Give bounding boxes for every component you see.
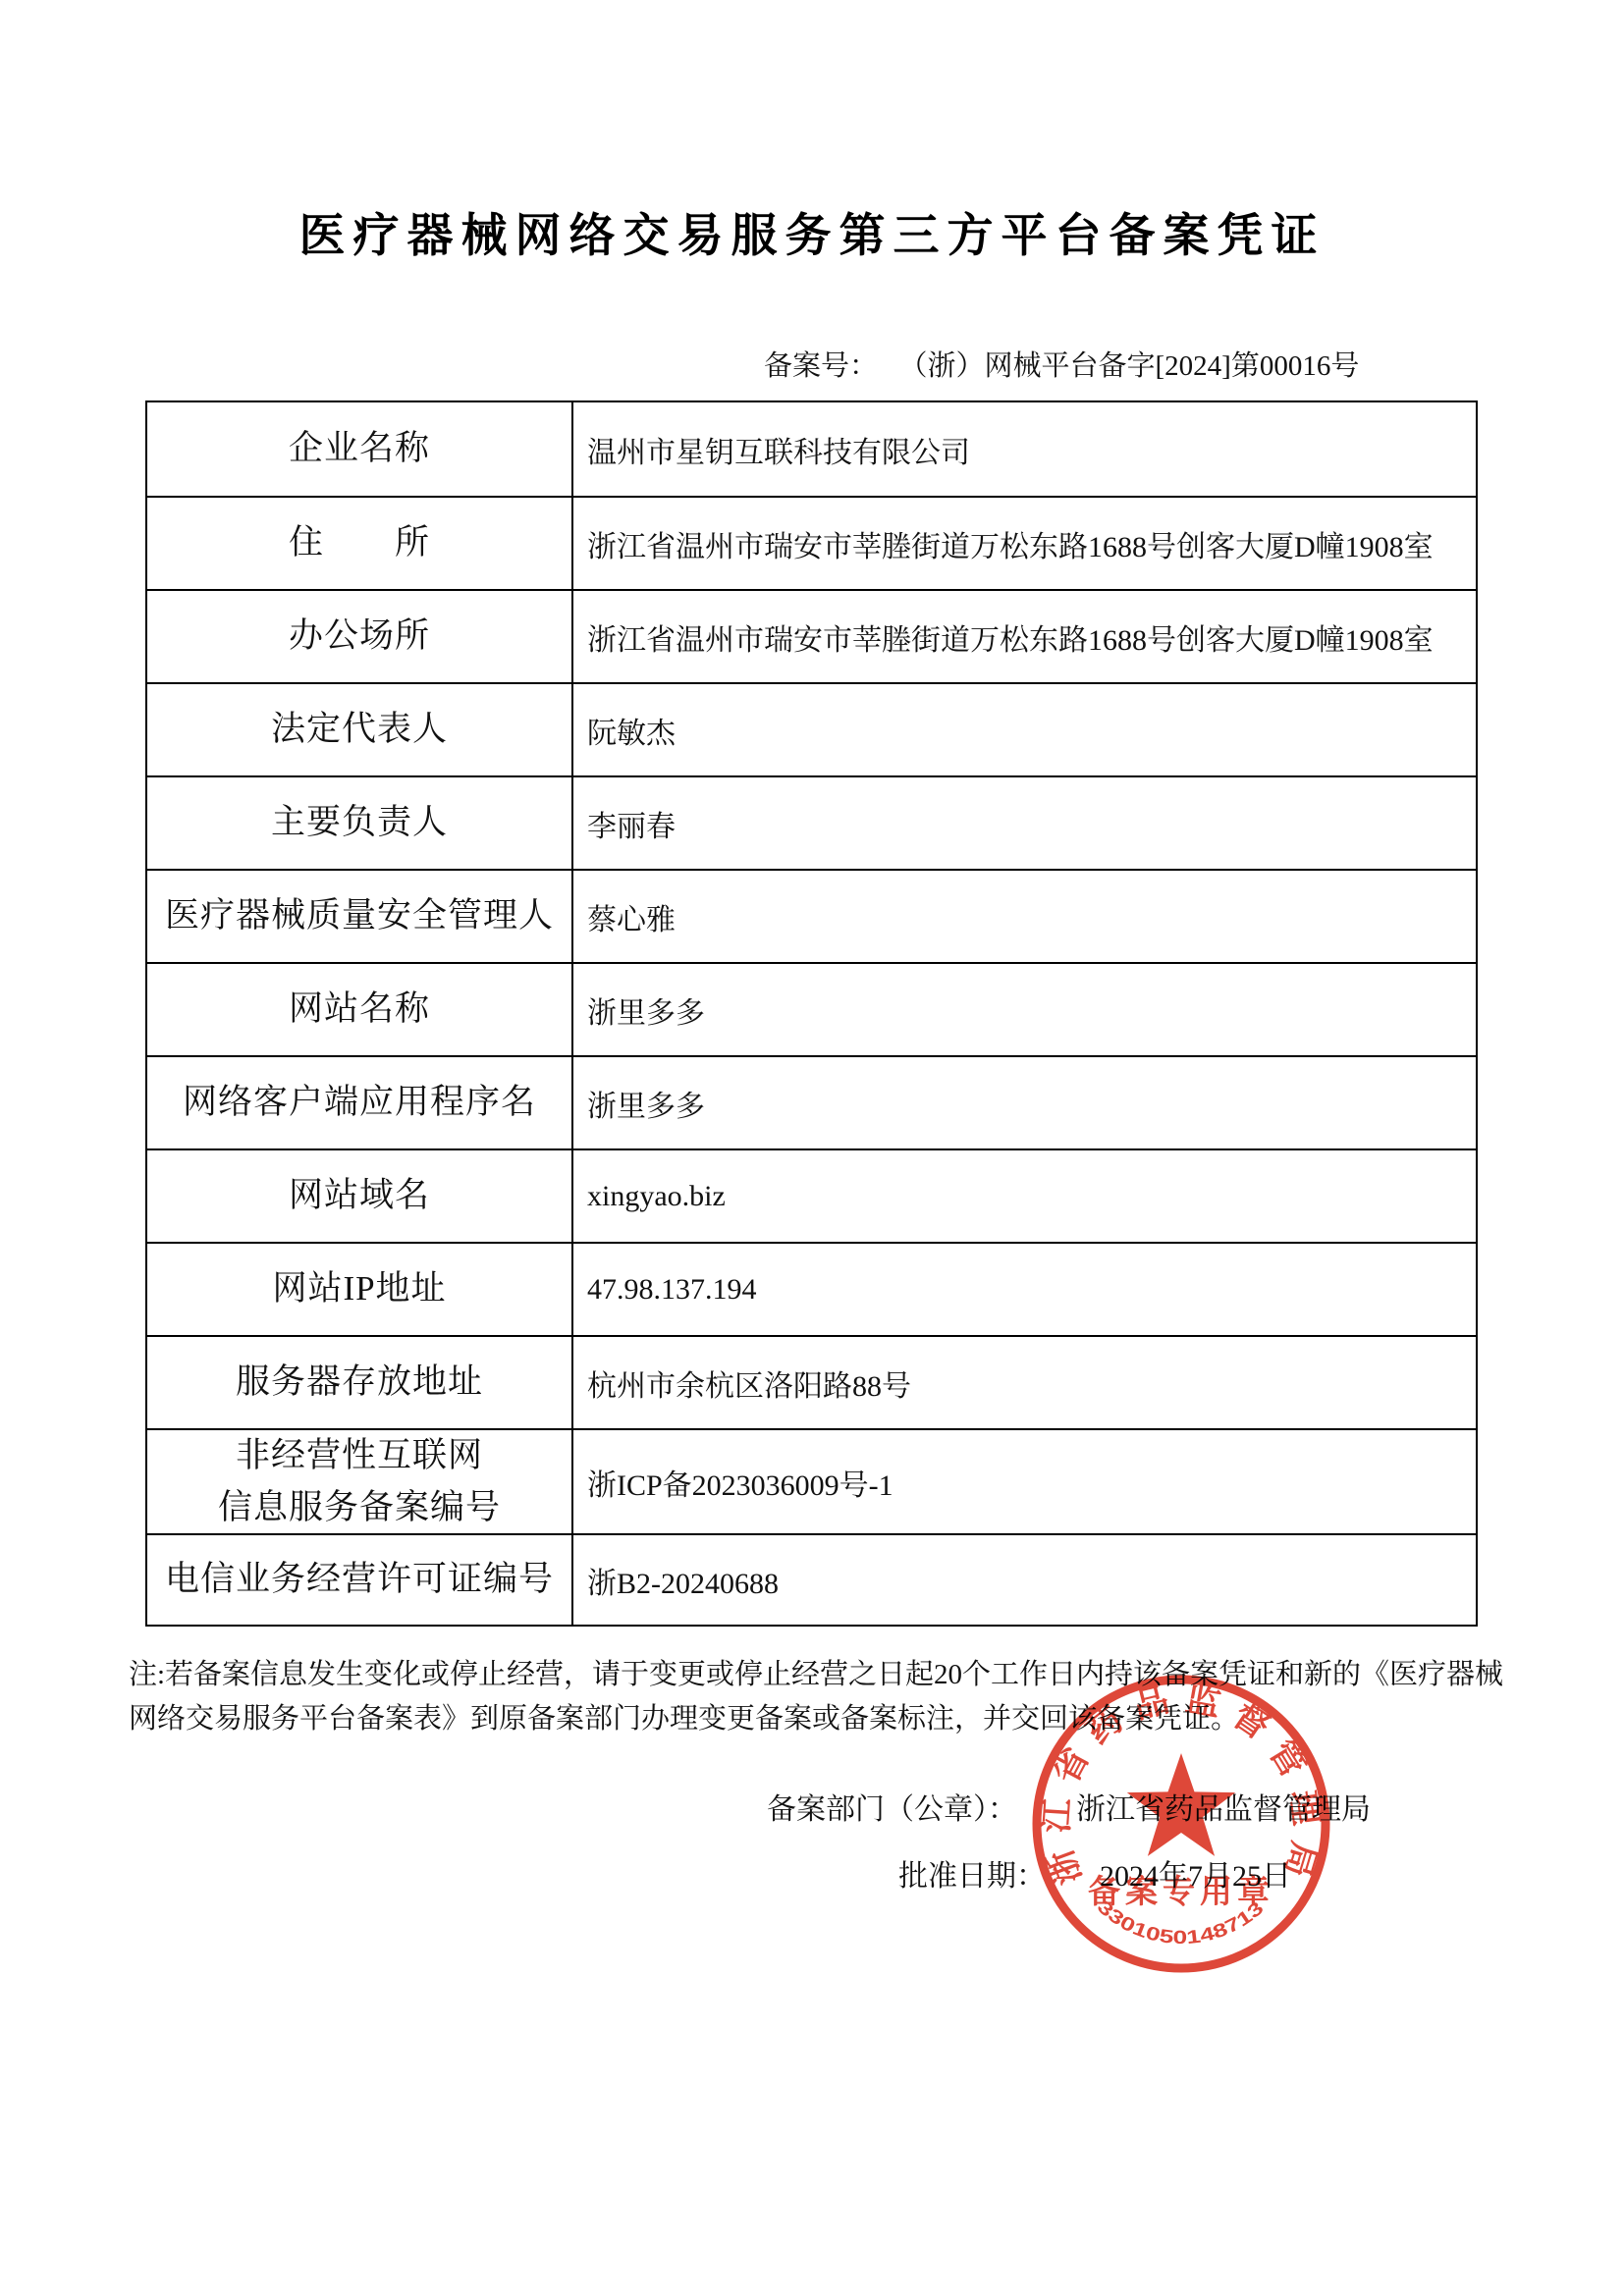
row-label: 办公场所: [289, 611, 430, 663]
row-value: 47.98.137.194: [587, 1273, 757, 1307]
row-value-cell: 阮敏杰: [573, 684, 1476, 775]
row-label: 法定代表人: [271, 704, 448, 756]
row-label-cell: 住 所: [147, 498, 573, 589]
row-label: 医疗器械质量安全管理人: [165, 890, 554, 942]
row-value: 蔡心雅: [587, 895, 676, 938]
page-title: 医疗器械网络交易服务第三方平台备案凭证: [0, 199, 1624, 265]
filing-number-label: 备案号：: [764, 350, 878, 382]
row-value-cell: 李丽春: [573, 777, 1476, 869]
table-row: 网站域名 xingyao.biz: [147, 1148, 1476, 1242]
row-value: xingyao.biz: [587, 1180, 726, 1213]
row-label: 网站名称: [289, 984, 430, 1036]
table-row: 办公场所 浙江省温州市瑞安市莘塍街道万松东路1688号创客大厦D幢1908室: [147, 589, 1476, 682]
row-label-cell: 电信业务经营许可证编号: [147, 1535, 573, 1625]
table-row: 电信业务经营许可证编号 浙B2-20240688: [147, 1533, 1476, 1625]
row-label: 非经营性互联网 信息服务备案编号: [218, 1430, 501, 1533]
stamp-bottom-text: 备案专用章: [1088, 1873, 1274, 1910]
row-label-cell: 网站IP地址: [147, 1244, 573, 1335]
certificate-table: 企业名称 温州市星钥互联科技有限公司 住 所 浙江省温州市瑞安市莘塍街道万松东路…: [145, 400, 1478, 1627]
row-value-cell: 47.98.137.194: [573, 1244, 1476, 1335]
row-value-cell: 浙里多多: [573, 1057, 1476, 1148]
row-value-cell: 浙B2-20240688: [573, 1535, 1476, 1625]
table-row: 网站名称 浙里多多: [147, 962, 1476, 1055]
table-row: 住 所 浙江省温州市瑞安市莘塍街道万松东路1688号创客大厦D幢1908室: [147, 496, 1476, 589]
stamp-star-icon: [1127, 1753, 1235, 1856]
table-row: 服务器存放地址 杭州市余杭区洛阳路88号: [147, 1335, 1476, 1428]
row-value: 浙里多多: [587, 1082, 705, 1125]
table-row: 医疗器械质量安全管理人 蔡心雅: [147, 869, 1476, 962]
row-value-cell: 浙江省温州市瑞安市莘塍街道万松东路1688号创客大厦D幢1908室: [573, 498, 1476, 589]
row-value: 浙ICP备2023036009号-1: [587, 1461, 893, 1504]
table-row: 网络客户端应用程序名 浙里多多: [147, 1055, 1476, 1148]
row-label: 服务器存放地址: [236, 1357, 483, 1409]
row-label-cell: 网络客户端应用程序名: [147, 1057, 573, 1148]
row-label: 网络客户端应用程序名: [183, 1077, 536, 1129]
row-value: 浙江省温州市瑞安市莘塍街道万松东路1688号创客大厦D幢1908室: [587, 522, 1434, 565]
row-value-cell: 温州市星钥互联科技有限公司: [573, 402, 1476, 496]
row-label-cell: 非经营性互联网 信息服务备案编号: [147, 1430, 573, 1533]
row-label-cell: 法定代表人: [147, 684, 573, 775]
row-value: 浙江省温州市瑞安市莘塍街道万松东路1688号创客大厦D幢1908室: [587, 615, 1434, 659]
row-label-cell: 办公场所: [147, 591, 573, 682]
row-label: 网站域名: [289, 1170, 430, 1222]
table-row: 网站IP地址 47.98.137.194: [147, 1242, 1476, 1335]
table-row: 非经营性互联网 信息服务备案编号 浙ICP备2023036009号-1: [147, 1428, 1476, 1533]
row-label-cell: 企业名称: [147, 402, 573, 496]
row-value-cell: 浙江省温州市瑞安市莘塍街道万松东路1688号创客大厦D幢1908室: [573, 591, 1476, 682]
row-label: 企业名称: [289, 423, 430, 475]
row-value-cell: 浙ICP备2023036009号-1: [573, 1430, 1476, 1533]
row-label-cell: 主要负责人: [147, 777, 573, 869]
row-value-cell: 蔡心雅: [573, 871, 1476, 962]
filing-number-line: 备案号：（浙）网械平台备字[2024]第00016号: [764, 344, 1359, 384]
row-label: 网站IP地址: [272, 1263, 446, 1315]
row-value: 杭州市余杭区洛阳路88号: [587, 1362, 911, 1405]
row-label-cell: 医疗器械质量安全管理人: [147, 871, 573, 962]
table-row: 法定代表人 阮敏杰: [147, 682, 1476, 775]
row-value: 阮敏杰: [587, 709, 676, 752]
official-seal-stamp: 浙江省药品监督管理局 备案专用章 3301050148713: [1019, 1662, 1343, 1986]
row-label: 住 所: [289, 517, 430, 569]
filing-department-label: 备案部门（公章）：: [767, 1793, 1017, 1826]
filing-number-value: （浙）网械平台备字[2024]第00016号: [913, 350, 1359, 382]
row-value-cell: 杭州市余杭区洛阳路88号: [573, 1337, 1476, 1428]
row-value-cell: 浙里多多: [573, 964, 1476, 1055]
row-label-cell: 服务器存放地址: [147, 1337, 573, 1428]
row-value-cell: xingyao.biz: [573, 1150, 1476, 1242]
certificate-page: 医疗器械网络交易服务第三方平台备案凭证 备案号：（浙）网械平台备字[2024]第…: [0, 0, 1624, 2296]
row-value: 温州市星钥互联科技有限公司: [587, 428, 970, 471]
row-value: 浙B2-20240688: [587, 1559, 779, 1602]
row-value: 李丽春: [587, 802, 676, 845]
row-value: 浙里多多: [587, 988, 705, 1032]
table-row: 企业名称 温州市星钥互联科技有限公司: [147, 402, 1476, 496]
row-label: 电信业务经营许可证编号: [165, 1554, 554, 1606]
table-row: 主要负责人 李丽春: [147, 775, 1476, 869]
row-label-cell: 网站名称: [147, 964, 573, 1055]
row-label-cell: 网站域名: [147, 1150, 573, 1242]
row-label: 主要负责人: [271, 797, 448, 849]
